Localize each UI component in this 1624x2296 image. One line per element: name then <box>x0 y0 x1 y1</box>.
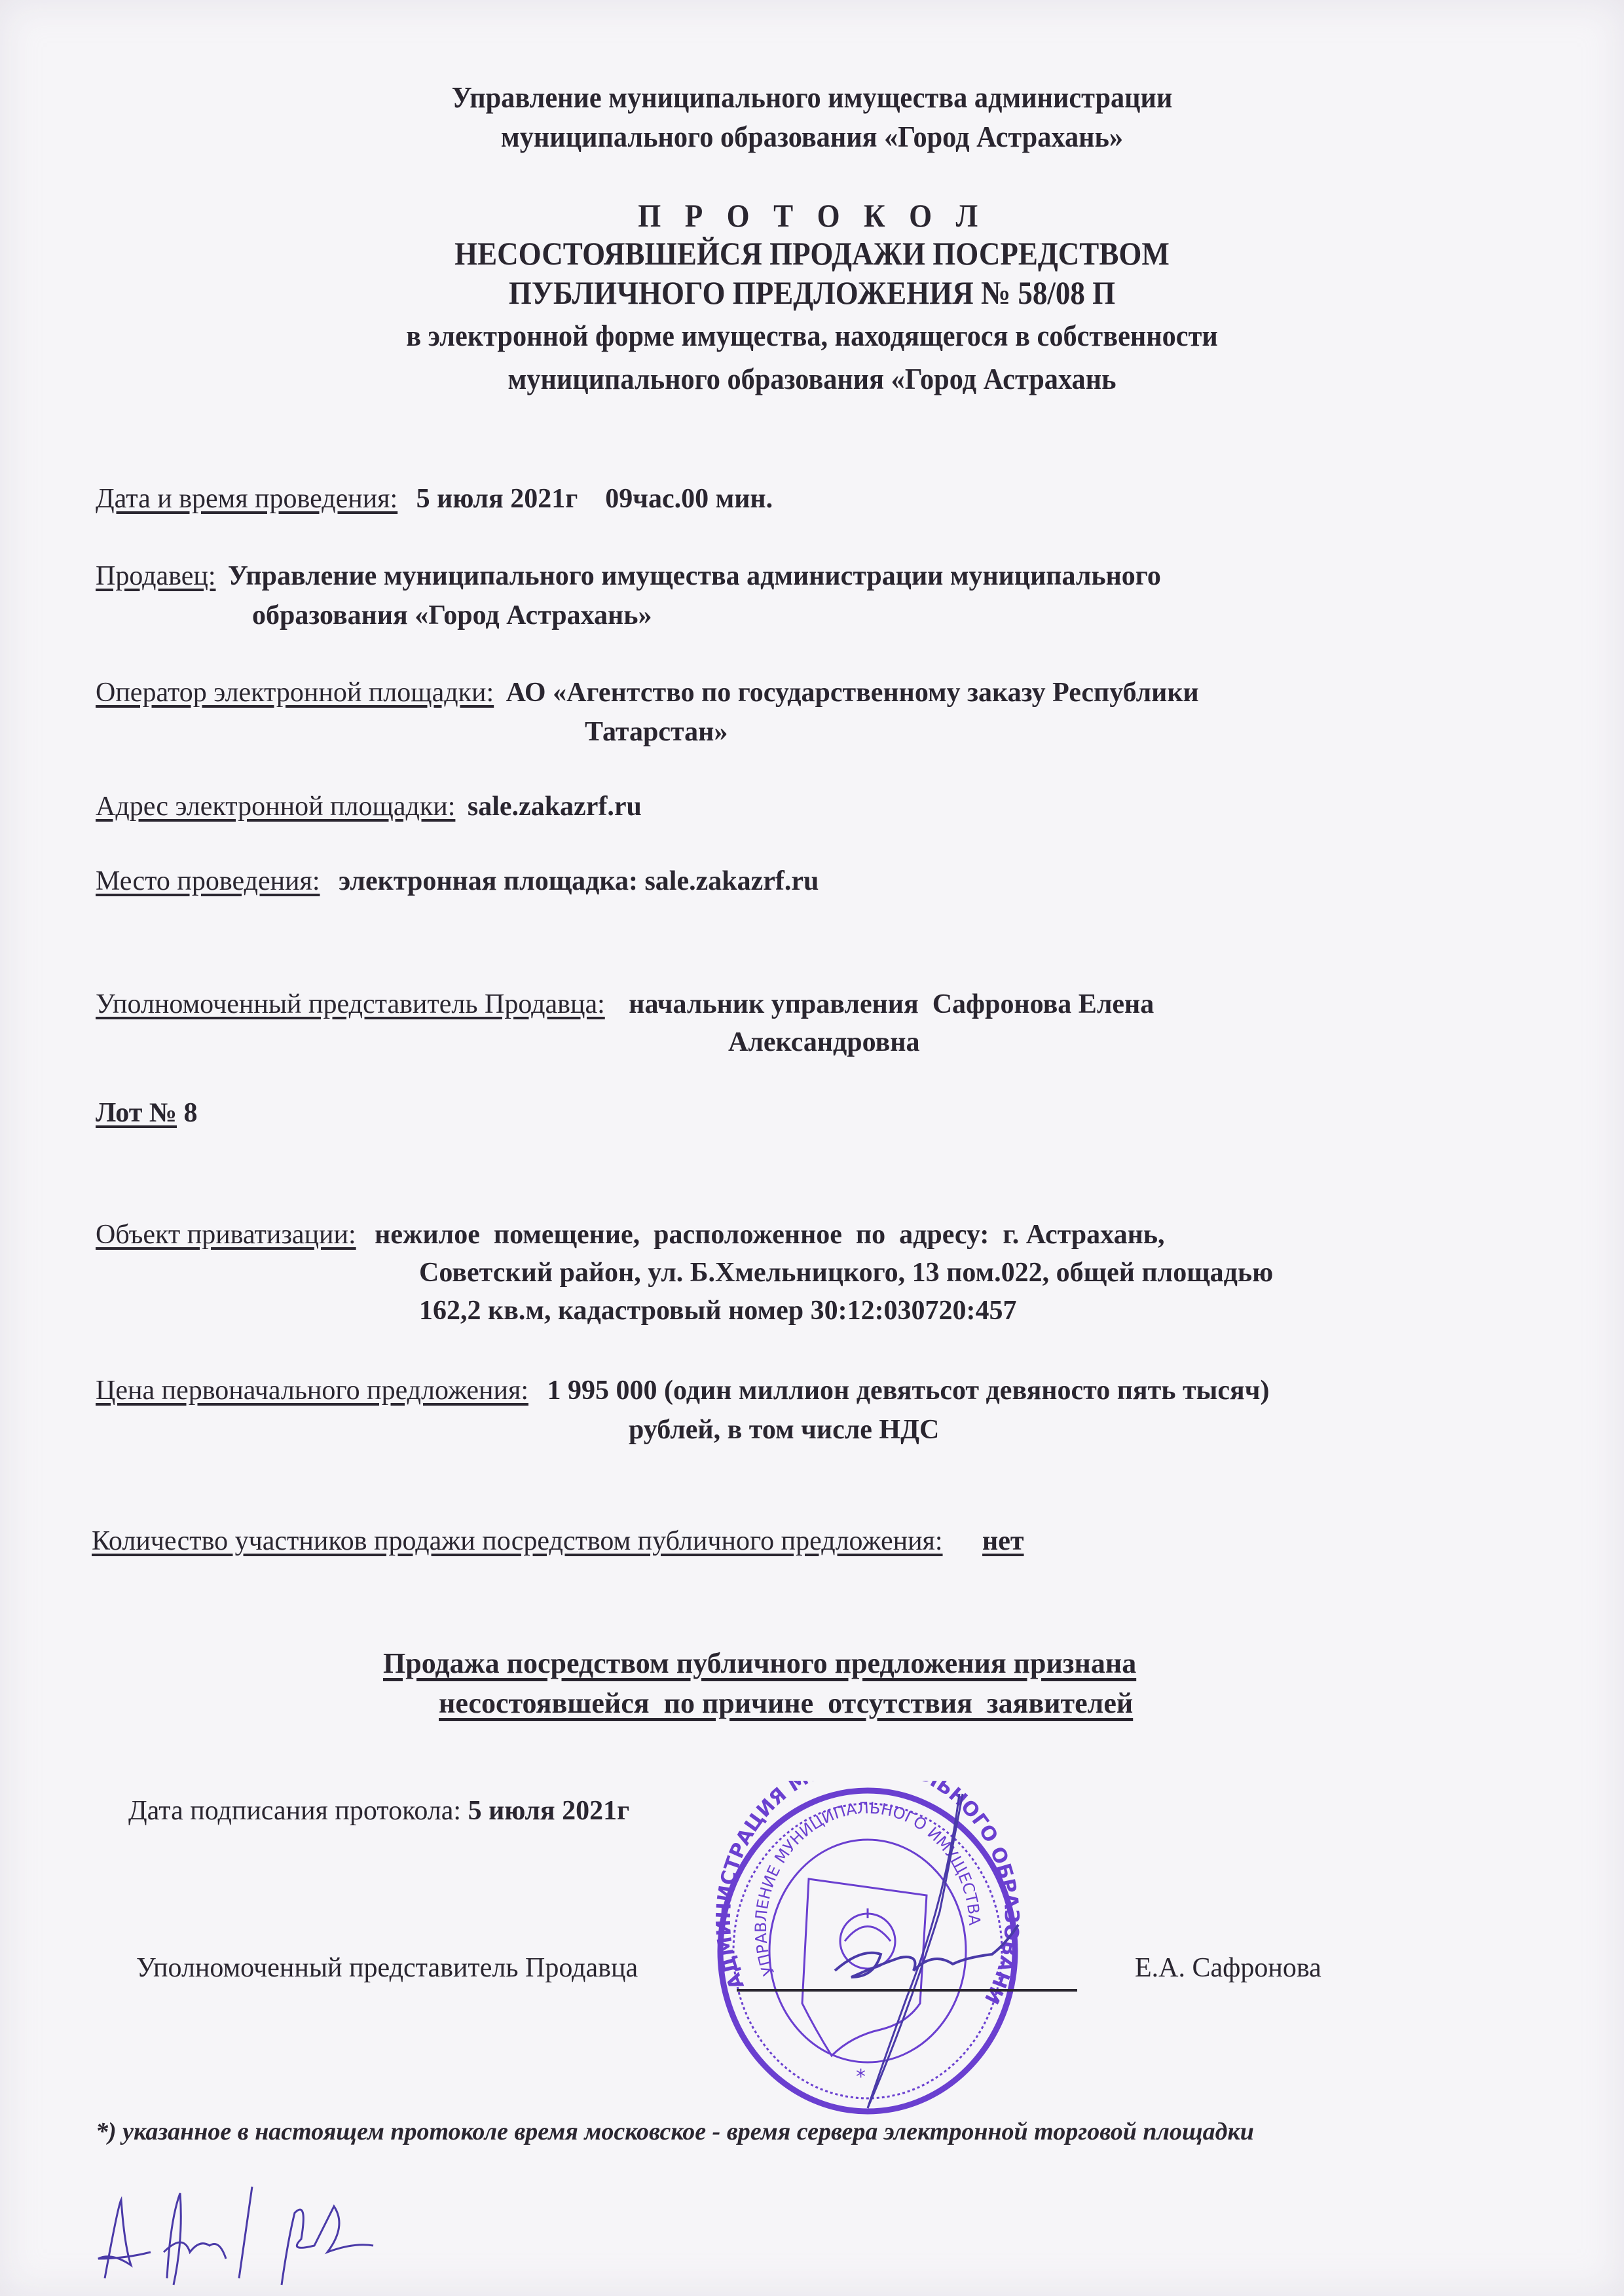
signing-date-value: 5 июля 2021г <box>468 1796 630 1826</box>
field-participants: Количество участников продажи посредство… <box>92 1525 1024 1557</box>
signature-line <box>737 1989 1077 1992</box>
date-time-label: Дата и время проведения: <box>96 484 397 514</box>
operator-value-line2: Татарстан» <box>585 716 728 748</box>
field-representative: Уполномоченный представитель Продавца: н… <box>96 989 1154 1020</box>
field-initial-price: Цена первоначального предложения: 1 995 … <box>96 1375 1269 1406</box>
initial-price-label: Цена первоначального предложения: <box>96 1376 528 1406</box>
org-header-line2: муниципального образования «Город Астрах… <box>65 119 1559 154</box>
field-venue: Место проведения: электронная площадка: … <box>96 866 819 897</box>
representative-label: Уполномоченный представитель Продавца: <box>96 989 605 1019</box>
date-time-value: 5 июля 2021г 09час.00 мин. <box>416 484 773 514</box>
lot-value: 8 <box>184 1098 198 1128</box>
svg-text:*: * <box>856 2066 866 2088</box>
field-lot: Лот № 8 <box>96 1097 198 1129</box>
venue-label: Место проведения: <box>96 866 320 896</box>
lot-label: Лот № <box>96 1098 177 1128</box>
conclusion-line1: Продажа посредством публичного предложен… <box>383 1647 1136 1680</box>
operator-value-line1: АО «Агентство по государственному заказу… <box>506 678 1199 708</box>
representative-value-line2: Александровна <box>728 1027 919 1058</box>
field-object: Объект приватизации: нежилое помещение, … <box>96 1219 1165 1250</box>
field-date-time: Дата и время проведения: 5 июля 2021г 09… <box>96 483 773 515</box>
official-stamp: АДМИНИСТРАЦИЯ МУНИЦИПАЛЬНОГО ОБРАЗОВАНИЯ… <box>710 1781 1025 2124</box>
field-platform-address: Адрес электронной площадки: sale.zakazrf… <box>96 791 642 822</box>
venue-value: электронная площадка: sale.zakazrf.ru <box>339 866 819 896</box>
participants-label: Количество участников продажи посредство… <box>92 1526 943 1556</box>
footnote: *) указанное в настоящем протоколе время… <box>96 2117 1254 2146</box>
conclusion-line2: несостоявшейся по причине отсутствия зая… <box>439 1686 1133 1720</box>
document-title-word: П Р О Т О К О Л <box>81 196 1543 234</box>
initial-price-value-line2: рублей, в том числе НДС <box>629 1414 939 1446</box>
representative-value-line1: начальник управления Сафронова Елена <box>629 989 1154 1019</box>
object-value-line2: Советский район, ул. Б.Хмельницкого, 13 … <box>419 1257 1273 1288</box>
platform-address-label: Адрес электронной площадки: <box>96 792 455 822</box>
platform-address-value: sale.zakazrf.ru <box>468 792 642 822</box>
seller-value-line1: Управление муниципального имущества адми… <box>228 561 1161 591</box>
document-title-line1: НЕСОСТОЯВШЕЙСЯ ПРОДАЖИ ПОСРЕДСТВОМ <box>81 234 1543 272</box>
initial-price-value-line1: 1 995 000 (один миллион девятьсот девяно… <box>547 1376 1270 1406</box>
document-title-line2: ПУБЛИЧНОГО ПРЕДЛОЖЕНИЯ № 58/08 П <box>81 274 1543 312</box>
handwritten-signature-icon <box>92 2180 432 2291</box>
object-value-line1: нежилое помещение, расположенное по адре… <box>375 1220 1164 1250</box>
signing-representative-name: Е.А. Сафронова <box>1135 1952 1321 1984</box>
document-subtitle-line2: муниципального образования «Город Астрах… <box>65 361 1559 396</box>
field-seller: Продавец: Управление муниципального имущ… <box>96 560 1161 592</box>
signing-date: Дата подписания протокола: 5 июля 2021г <box>128 1795 629 1827</box>
field-operator: Оператор электронной площадки: АО «Агент… <box>96 677 1199 708</box>
participants-value: нет <box>982 1526 1024 1556</box>
object-label: Объект приватизации: <box>96 1220 356 1250</box>
org-header-line1: Управление муниципального имущества адми… <box>65 80 1559 115</box>
seller-value-line2: образования «Город Астрахань» <box>252 600 652 631</box>
signing-date-label: Дата подписания протокола: <box>128 1796 461 1826</box>
signing-representative-label: Уполномоченный представитель Продавца <box>136 1952 638 1984</box>
seller-label: Продавец: <box>96 561 216 591</box>
bottom-signatures <box>92 2180 432 2295</box>
document-subtitle-line1: в электронной форме имущества, находящег… <box>65 318 1559 353</box>
object-value-line3: 162,2 кв.м, кадастровый номер 30:12:0307… <box>419 1295 1017 1326</box>
stamp-seal-icon: АДМИНИСТРАЦИЯ МУНИЦИПАЛЬНОГО ОБРАЗОВАНИЯ… <box>710 1781 1025 2121</box>
operator-label: Оператор электронной площадки: <box>96 678 494 708</box>
